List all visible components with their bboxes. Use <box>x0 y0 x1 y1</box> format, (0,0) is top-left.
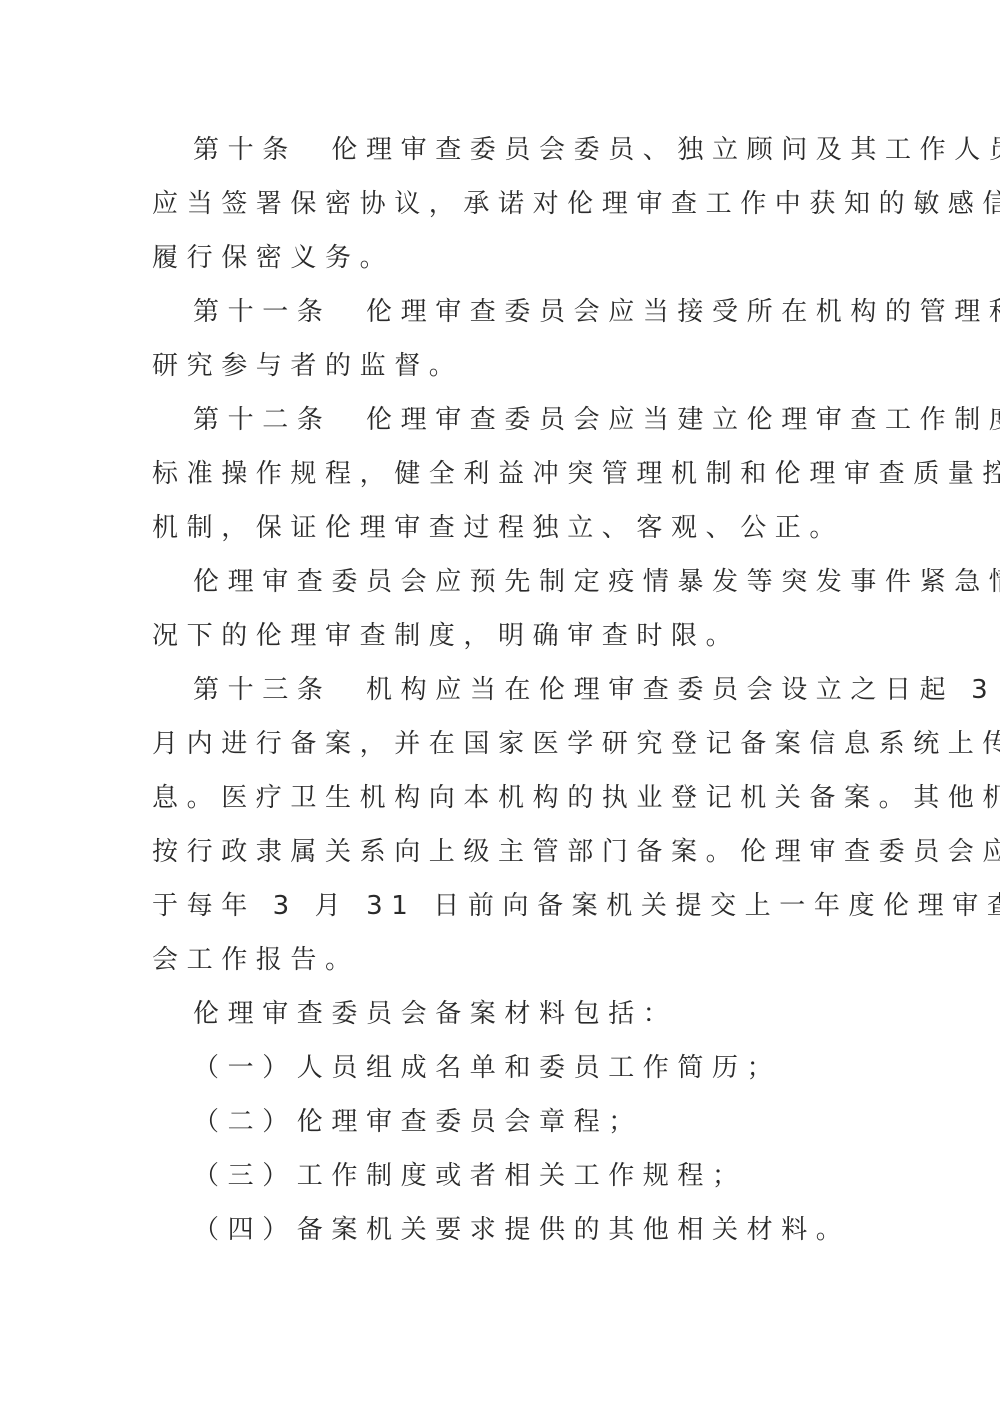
article-13-line-1: 第十三条 机构应当在伦理审查委员会设立之日起 3 个 <box>193 670 893 710</box>
filing-item-3: （三）工作制度或者相关工作规程； <box>193 1156 893 1196</box>
article-12-line-3: 机制，保证伦理审查过程独立、客观、公正。 <box>152 508 852 548</box>
article-13-line-3: 息。医疗卫生机构向本机构的执业登记机关备案。其他机构 <box>152 778 852 818</box>
filing-item-4: （四）备案机关要求提供的其他相关材料。 <box>193 1210 893 1250</box>
article-13-line-2: 月内进行备案，并在国家医学研究登记备案信息系统上传信 <box>152 724 852 764</box>
article-13-line-5: 于每年 3 月 31 日前向备案机关提交上一年度伦理审查委员 <box>152 886 852 926</box>
document-page: 第十条 伦理审查委员会委员、独立顾问及其工作人员 应当签署保密协议，承诺对伦理审… <box>0 0 1000 1413</box>
filing-item-1: （一）人员组成名单和委员工作简历； <box>193 1048 893 1088</box>
article-11-line-1: 第十一条 伦理审查委员会应当接受所在机构的管理和 <box>193 292 893 332</box>
article-11-line-2: 研究参与者的监督。 <box>152 346 852 386</box>
article-12-line-2: 标准操作规程，健全利益冲突管理机制和伦理审查质量控制 <box>152 454 852 494</box>
article-13-line-6: 会工作报告。 <box>152 940 852 980</box>
article-10-line-3: 履行保密义务。 <box>152 238 852 278</box>
article-12-para2-line-1: 伦理审查委员会应预先制定疫情暴发等突发事件紧急情 <box>193 562 893 602</box>
filing-materials-heading: 伦理审查委员会备案材料包括： <box>193 994 893 1034</box>
article-10-line-1: 第十条 伦理审查委员会委员、独立顾问及其工作人员 <box>193 130 893 170</box>
article-10-line-2: 应当签署保密协议，承诺对伦理审查工作中获知的敏感信息 <box>152 184 852 224</box>
filing-item-2: （二）伦理审查委员会章程； <box>193 1102 893 1142</box>
article-13-line-4: 按行政隶属关系向上级主管部门备案。伦理审查委员会应当 <box>152 832 852 872</box>
article-12-line-1: 第十二条 伦理审查委员会应当建立伦理审查工作制度、 <box>193 400 893 440</box>
article-12-para2-line-2: 况下的伦理审查制度，明确审查时限。 <box>152 616 852 656</box>
